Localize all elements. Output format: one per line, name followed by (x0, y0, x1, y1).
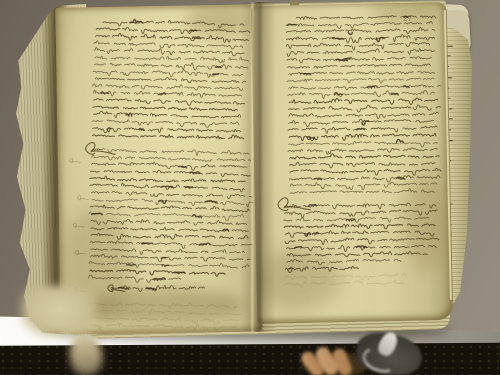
manuscript-book: 27 (0, 0, 500, 375)
blurred-corner-of-stack (20, 286, 98, 338)
shoe (356, 334, 422, 375)
handwriting-right-page: 27 (251, 2, 454, 324)
right-page: 27 (251, 2, 454, 324)
photograph-of-manuscript: 27 (0, 0, 500, 375)
